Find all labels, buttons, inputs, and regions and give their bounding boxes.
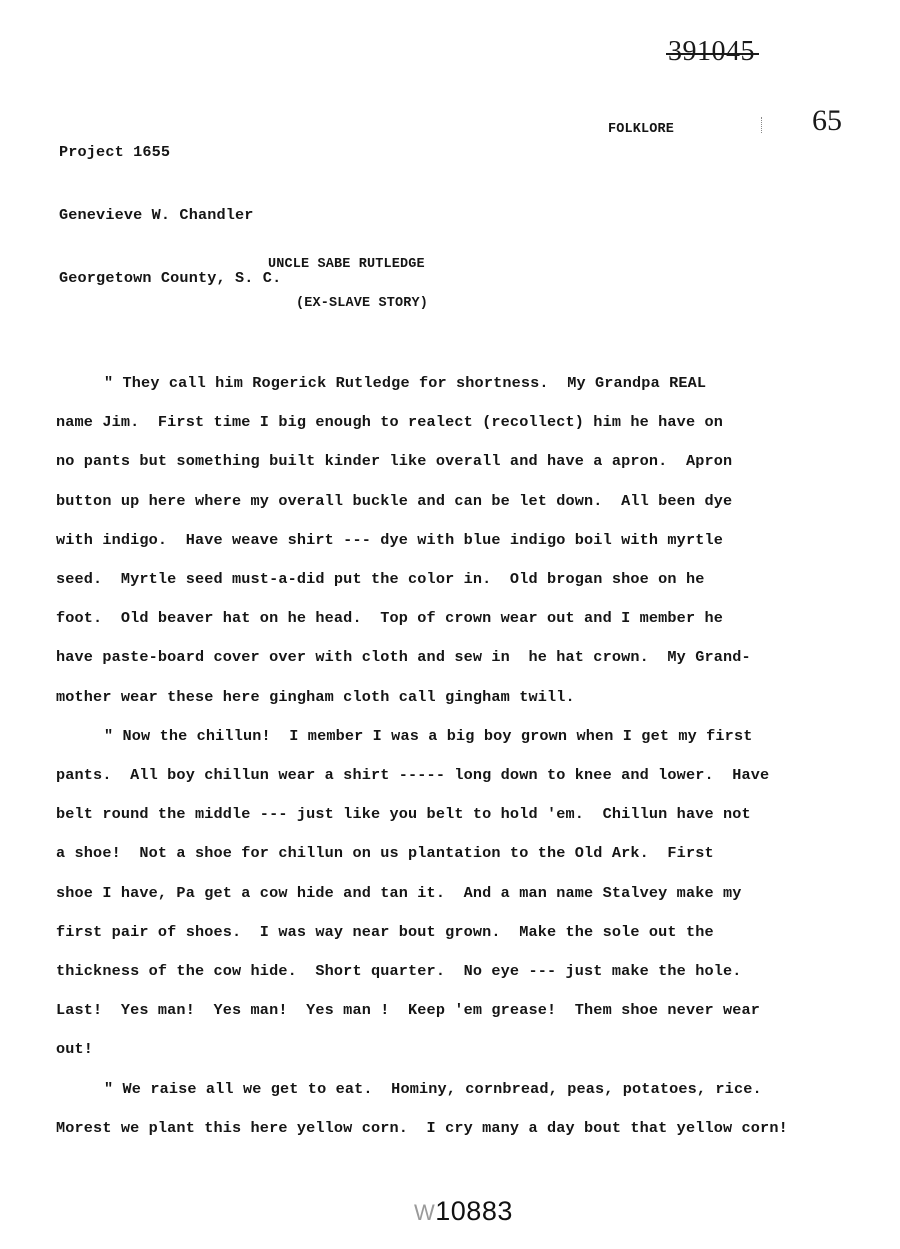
text-line: with indigo. Have weave shirt --- dye wi… bbox=[56, 531, 723, 549]
document-subtitle: (EX-SLAVE STORY) bbox=[296, 296, 428, 311]
footer-stamp-prefix: W bbox=[414, 1200, 435, 1225]
footer-stamp-number: 10883 bbox=[435, 1196, 513, 1226]
text-line: button up here where my overall buckle a… bbox=[56, 492, 732, 510]
category-label: FOLKLORE bbox=[608, 122, 674, 137]
page-number: 65 bbox=[812, 104, 842, 138]
text-line: " Now the chillun! I member I was a big … bbox=[104, 727, 752, 745]
footer-stamp: W10883 bbox=[414, 1196, 513, 1227]
text-line: out! bbox=[56, 1040, 93, 1058]
struck-accession-number: 391045 bbox=[668, 36, 755, 68]
text-line: first pair of shoes. I was way near bout… bbox=[56, 923, 714, 941]
text-line: foot. Old beaver hat on he head. Top of … bbox=[56, 609, 723, 627]
text-line: seed. Myrtle seed must-a-did put the col… bbox=[56, 570, 704, 588]
text-line: name Jim. First time I big enough to rea… bbox=[56, 413, 723, 431]
text-line: " They call him Rogerick Rutledge for sh… bbox=[104, 374, 706, 392]
text-line: belt round the middle --- just like you … bbox=[56, 805, 751, 823]
location-label: Georgetown County, S. C. bbox=[59, 268, 281, 289]
author-name: Genevieve W. Chandler bbox=[59, 205, 281, 226]
text-line: have paste-board cover over with cloth a… bbox=[56, 648, 751, 666]
scan-specks bbox=[761, 117, 766, 133]
text-line: Last! Yes man! Yes man! Yes man ! Keep '… bbox=[56, 1001, 760, 1019]
text-line: pants. All boy chillun wear a shirt ----… bbox=[56, 766, 769, 784]
text-line: " We raise all we get to eat. Hominy, co… bbox=[104, 1080, 762, 1098]
document-page: 391045 65 Project 1655 Genevieve W. Chan… bbox=[0, 0, 900, 1249]
text-line: Morest we plant this here yellow corn. I… bbox=[56, 1119, 788, 1137]
text-line: thickness of the cow hide. Short quarter… bbox=[56, 962, 742, 980]
text-line: mother wear these here gingham cloth cal… bbox=[56, 688, 575, 706]
document-title: UNCLE SABE RUTLEDGE bbox=[268, 257, 425, 272]
header-block: Project 1655 Genevieve W. Chandler Georg… bbox=[59, 100, 281, 331]
project-label: Project 1655 bbox=[59, 142, 281, 163]
text-line: a shoe! Not a shoe for chillun on us pla… bbox=[56, 844, 714, 862]
text-line: no pants but something built kinder like… bbox=[56, 452, 732, 470]
text-line: shoe I have, Pa get a cow hide and tan i… bbox=[56, 884, 742, 902]
accession-number: 391045 bbox=[668, 36, 755, 68]
